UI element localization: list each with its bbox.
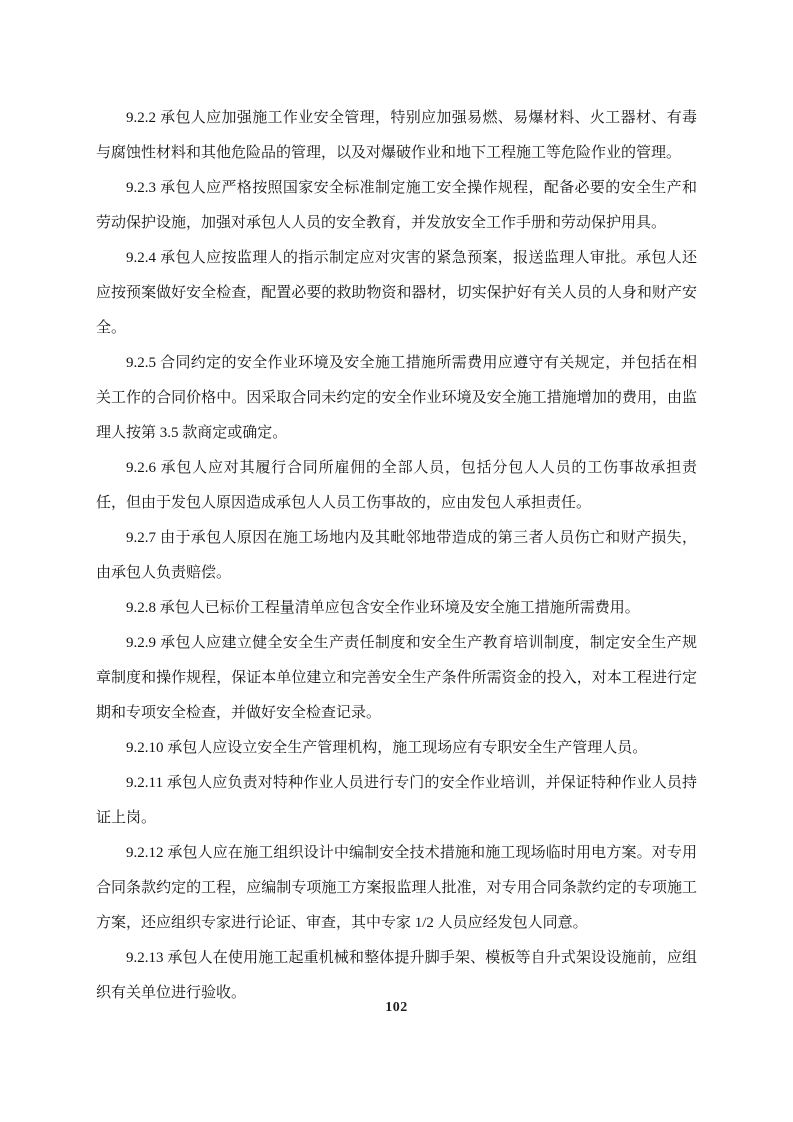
clause-text: 由于承包人原因在施工场地内及其毗邻地带造成的第三者人员伤亡和财产损失，由承包人负… — [96, 530, 697, 581]
clause-text: 承包人应对其履行合同所雇佣的全部人员，包括分包人人员的工伤事故承担责任，但由于发… — [96, 460, 697, 511]
clause-text: 承包人应负责对特种作业人员进行专门的安全作业培训，并保证特种作业人员持证上岗。 — [96, 775, 697, 826]
clause-number: 9.2.10 — [126, 740, 167, 756]
clause-paragraph: 9.2.6承包人应对其履行合同所雇佣的全部人员，包括分包人人员的工伤事故承担责任… — [96, 451, 697, 521]
clause-text: 承包人应加强施工作业安全管理，特别应加强易燃、易爆材料、火工器材、有毒与腐蚀性材… — [96, 110, 697, 161]
clause-number: 9.2.3 — [126, 180, 160, 196]
clause-paragraph: 9.2.2承包人应加强施工作业安全管理，特别应加强易燃、易爆材料、火工器材、有毒… — [96, 101, 697, 171]
clause-text: 承包人已标价工程量清单应包含安全作业环境及安全施工措施所需费用。 — [160, 600, 640, 616]
clause-paragraph: 9.2.3承包人应严格按照国家安全标准制定施工安全操作规程，配备必要的安全生产和… — [96, 171, 697, 241]
clause-number: 9.2.6 — [126, 460, 161, 476]
clause-paragraph: 9.2.8承包人已标价工程量清单应包含安全作业环境及安全施工措施所需费用。 — [96, 591, 697, 626]
clause-paragraph: 9.2.9承包人应建立健全安全生产责任制度和安全生产教育培训制度，制定安全生产规… — [96, 626, 697, 731]
clause-number: 9.2.4 — [126, 250, 160, 266]
clause-text: 合同约定的安全作业环境及安全施工措施所需费用应遵守有关规定，并包括在相关工作的合… — [96, 355, 697, 441]
page-number: 102 — [385, 1000, 408, 1015]
page-footer: 102 — [0, 998, 793, 1016]
clause-number: 9.2.2 — [126, 110, 160, 126]
clause-number: 9.2.12 — [126, 845, 167, 861]
clause-number: 9.2.11 — [126, 775, 167, 791]
clause-paragraph: 9.2.4承包人应按监理人的指示制定应对灾害的紧急预案，报送监理人审批。承包人还… — [96, 241, 697, 346]
clause-text: 承包人在使用施工起重机械和整体提升脚手架、模板等自升式架设设施前，应组织有关单位… — [96, 950, 697, 1001]
clause-number: 9.2.5 — [126, 355, 160, 371]
clause-number: 9.2.13 — [126, 950, 167, 966]
clause-text: 承包人应建立健全安全生产责任制度和安全生产教育培训制度，制定安全生产规章制度和操… — [96, 635, 697, 721]
clause-text: 承包人应在施工组织设计中编制安全技术措施和施工现场临时用电方案。对专用合同条款约… — [96, 845, 697, 931]
clause-text: 承包人应按监理人的指示制定应对灾害的紧急预案，报送监理人审批。承包人还应按预案做… — [96, 250, 697, 336]
clause-text: 承包人应设立安全生产管理机构，施工现场应有专职安全生产管理人员。 — [167, 740, 647, 756]
clause-number: 9.2.9 — [126, 635, 160, 651]
clause-paragraph: 9.2.10承包人应设立安全生产管理机构，施工现场应有专职安全生产管理人员。 — [96, 731, 697, 766]
document-page: 9.2.2承包人应加强施工作业安全管理，特别应加强易燃、易爆材料、火工器材、有毒… — [0, 0, 793, 1122]
clause-paragraph: 9.2.11承包人应负责对特种作业人员进行专门的安全作业培训，并保证特种作业人员… — [96, 766, 697, 836]
clause-paragraph: 9.2.5合同约定的安全作业环境及安全施工措施所需费用应遵守有关规定，并包括在相… — [96, 346, 697, 451]
clause-paragraph: 9.2.7由于承包人原因在施工场地内及其毗邻地带造成的第三者人员伤亡和财产损失，… — [96, 521, 697, 591]
clause-paragraph: 9.2.12承包人应在施工组织设计中编制安全技术措施和施工现场临时用电方案。对专… — [96, 836, 697, 941]
clause-text: 承包人应严格按照国家安全标准制定施工安全操作规程，配备必要的安全生产和劳动保护设… — [96, 180, 697, 231]
document-body: 9.2.2承包人应加强施工作业安全管理，特别应加强易燃、易爆材料、火工器材、有毒… — [96, 101, 697, 1011]
clause-number: 9.2.7 — [126, 530, 160, 546]
clause-number: 9.2.8 — [126, 600, 160, 616]
